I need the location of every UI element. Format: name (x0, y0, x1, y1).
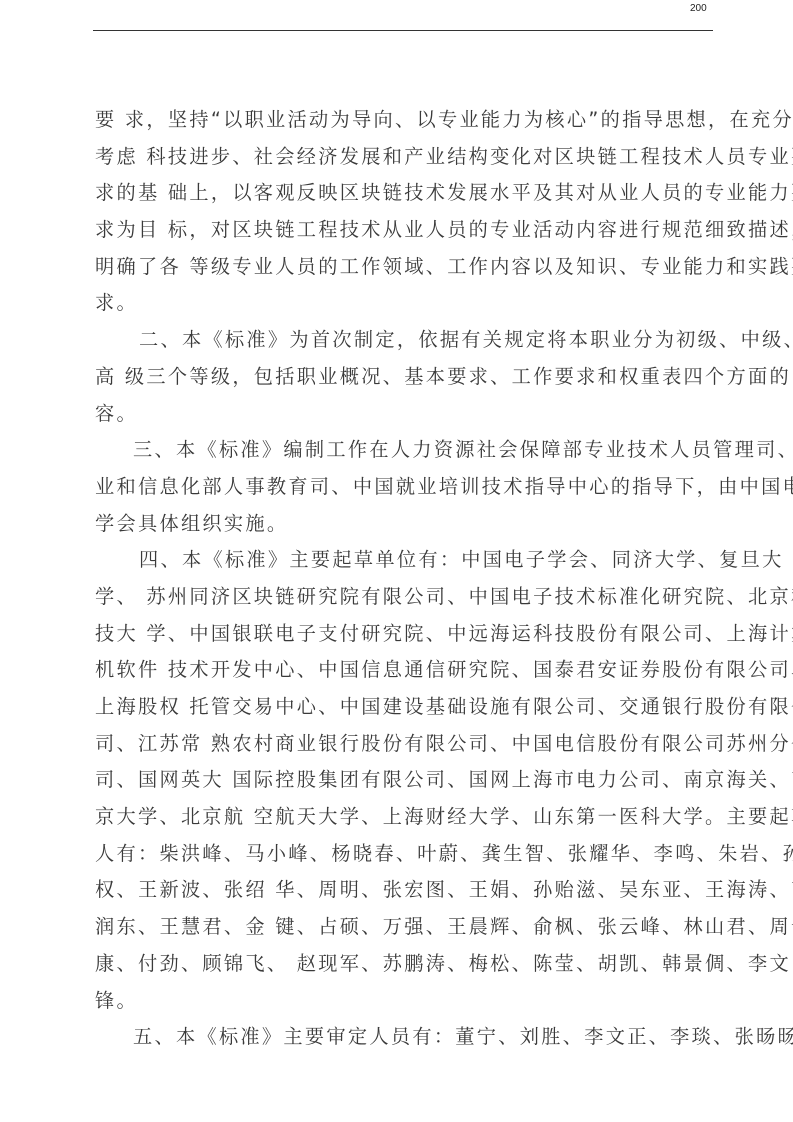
text-line: 机软件 技术开发中心、中国信息通信研究院、国泰君安证券股份有限公司、 (95, 652, 705, 689)
text-line: 司、江苏常 熟农村商业银行股份有限公司、中国电信股份有限公司苏州分公 (95, 726, 705, 763)
text-line: 考虑 科技进步、社会经济发展和产业结构变化对区块链工程技术人员专业要 (95, 139, 705, 176)
page-number: 200 (690, 3, 707, 14)
document-body: 要 求，坚持“以职业活动为导向、以专业能力为核心”的指导思想，在充分 考虑 科技… (95, 102, 705, 1056)
text-line: 技大 学、中国银联电子支付研究院、中远海运科技股份有限公司、上海计算 (95, 616, 705, 653)
text-line: 求。 (95, 285, 705, 322)
text-line: 上海股权 托管交易中心、中国建设基础设施有限公司、交通银行股份有限公 (95, 689, 705, 726)
text-line: 容。 (95, 396, 705, 433)
text-line: 学、 苏州同济区块链研究院有限公司、中国电子技术标准化研究院、北京科 (95, 579, 705, 616)
text-line: 明确了各 等级专业人员的工作领域、工作内容以及知识、专业能力和实践要 (95, 249, 705, 286)
text-line: 求为目 标，对区块链工程技术从业人员的专业活动内容进行规范细致描述， (95, 212, 705, 249)
text-line: 康、付劲、顾锦飞、 赵现军、苏鹏涛、梅松、陈莹、胡凯、韩景倜、李文 (95, 946, 705, 983)
text-line: 求的基 础上，以客观反映区块链技术发展水平及其对从业人员的专业能力要 (95, 175, 705, 212)
header-rule (93, 30, 713, 31)
text-line: 业和信息化部人事教育司、中国就业培训技术指导中心的指导下，由中国电子 (95, 469, 705, 506)
paragraph-5-start: 五、本《标准》主要审定人员有：董宁、刘胜、李文正、李琰、张旸旸、 (95, 1019, 705, 1056)
text-line: 锋。 (95, 983, 705, 1020)
paragraph-4-start: 四、本《标准》主要起草单位有：中国电子学会、同济大学、复旦大 (95, 542, 705, 579)
text-line: 润东、王慧君、金 键、占硕、万强、王晨辉、俞枫、张云峰、林山君、周云 (95, 909, 705, 946)
text-line: 要 求，坚持“以职业活动为导向、以专业能力为核心”的指导思想，在充分 (95, 102, 705, 139)
paragraph-3-start: 三、本《标准》编制工作在人力资源社会保障部专业技术人员管理司、工 (95, 432, 705, 469)
text-line: 学会具体组织实施。 (95, 506, 705, 543)
paragraph-2-start: 二、本《标准》为首次制定，依据有关规定将本职业分为初级、中级、 (95, 322, 705, 359)
text-line: 京大学、北京航 空航天大学、上海财经大学、山东第一医科大学。主要起草 (95, 799, 705, 836)
text-line: 司、国网英大 国际控股集团有限公司、国网上海市电力公司、南京海关、南 (95, 762, 705, 799)
text-line: 人有：柴洪峰、马小峰、杨晓春、叶蔚、龚生智、张耀华、李鸣、朱岩、孙 (95, 836, 705, 873)
text-line: 高 级三个等级，包括职业概况、基本要求、工作要求和权重表四个方面的内 (95, 359, 705, 396)
text-line: 权、王新波、张绍 华、周明、张宏图、王娟、孙贻滋、吴东亚、王海涛、高 (95, 872, 705, 909)
